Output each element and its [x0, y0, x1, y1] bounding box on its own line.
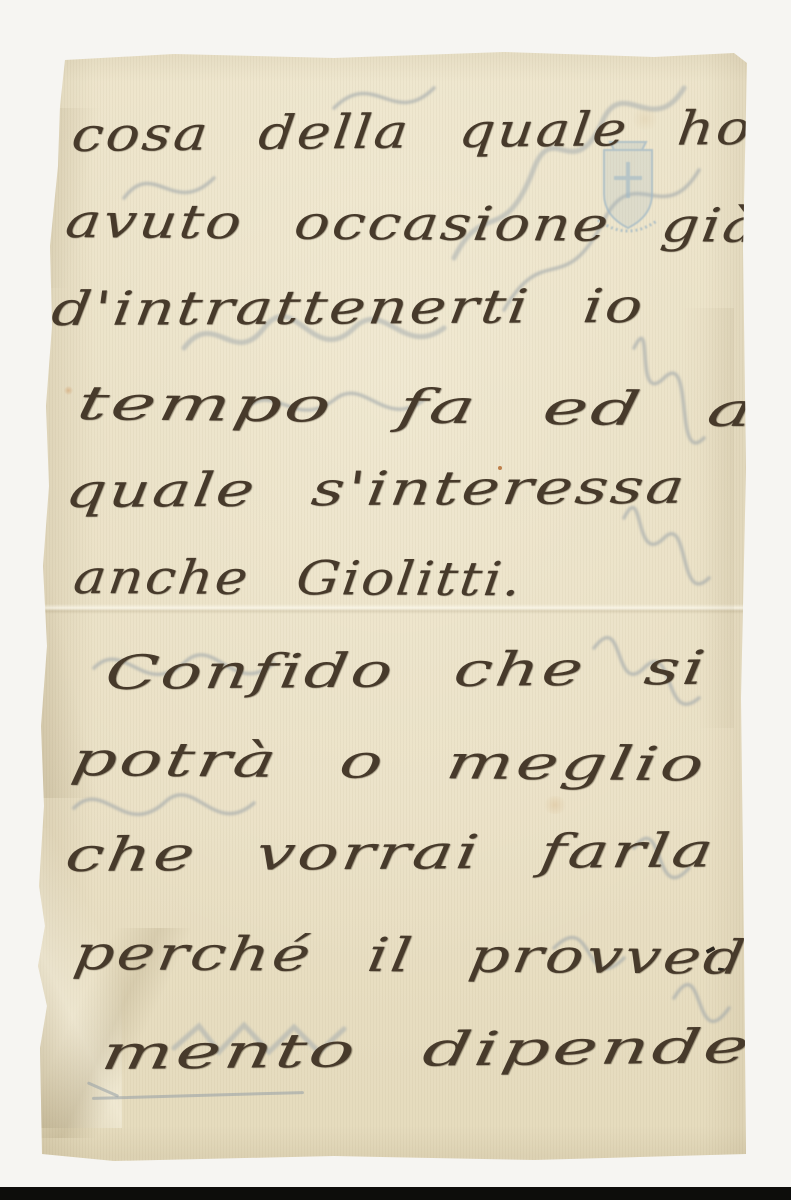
handwriting-line: quale s'interessa [63, 464, 690, 515]
handwriting-line: anche Giolitti. [71, 554, 526, 603]
handwriting-line: tempo fa ed alla [74, 380, 791, 435]
handwriting-line: perché il provvedi- [71, 930, 791, 982]
handwriting-line: avuto occasione già [63, 198, 764, 250]
pencil-underline [87, 1081, 119, 1098]
pencil-underline [92, 1091, 304, 1100]
ink-speck [35, 165, 42, 173]
foxing-spot [542, 796, 568, 814]
foxing-spot [64, 386, 73, 395]
handwriting-line: che vorrai farla [63, 827, 720, 879]
handwriting-line: mento dipende [98, 1023, 755, 1077]
handwriting-line: cosa della quale ho [69, 105, 755, 159]
letter-page: cosa della quale ho avuto occasione già … [34, 48, 750, 1166]
handwriting-line: Confido che si [103, 645, 711, 697]
scan-edge-bar [0, 1187, 791, 1200]
handwriting-line: potrà o meglio [68, 736, 710, 788]
handwriting-line: d'intrattenerti io [49, 283, 648, 333]
